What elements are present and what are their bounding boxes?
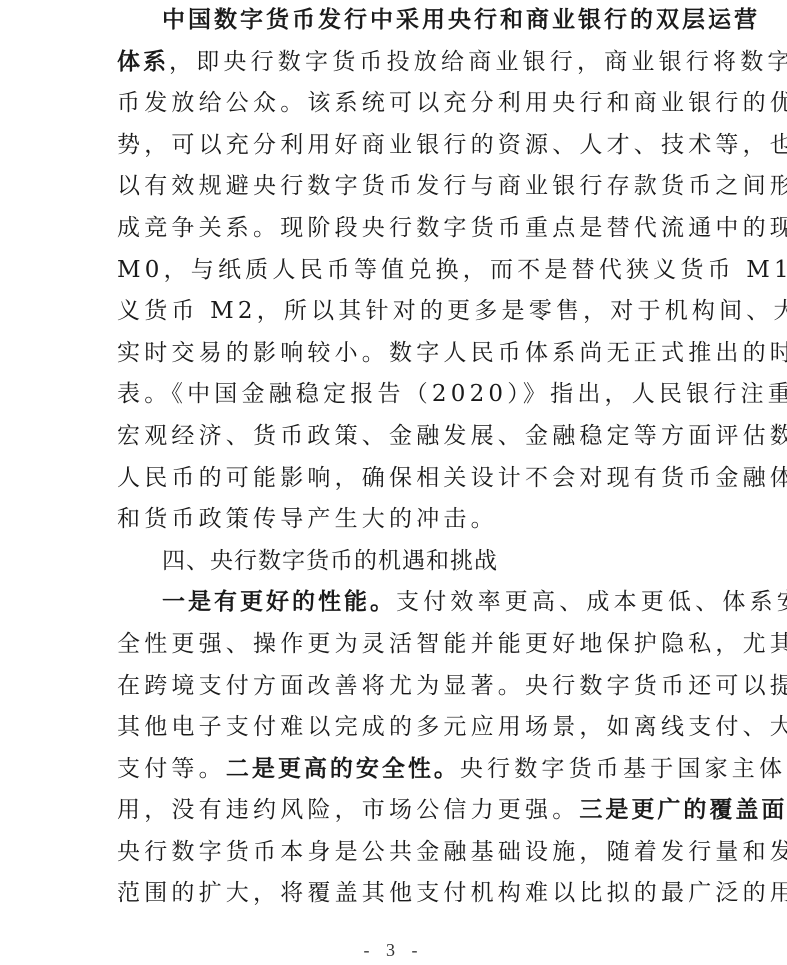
paragraph-line: 人民币的可能影响，确保相关设计不会对现有货币金融体系 bbox=[117, 458, 673, 500]
bold-lead-text: 三是更广的覆盖面。 bbox=[579, 797, 787, 823]
paragraph-line: 全性更强、操作更为灵活智能并能更好地保护隐私，尤其是 bbox=[117, 624, 673, 666]
bold-lead-text: 中国数字货币发行中采用央行和商业银行的双层运营 bbox=[162, 7, 760, 33]
document-page: 中国数字货币发行中采用央行和商业银行的双层运营 体系，即央行数字货币投放给商业银… bbox=[117, 0, 673, 915]
bold-lead-text: 一是有更好的性能。 bbox=[162, 589, 396, 615]
paragraph-line: 币发放给公众。该系统可以充分利用央行和商业银行的优 bbox=[117, 83, 673, 125]
paragraph-line: 支付等。二是更高的安全性。央行数字货币基于国家主体信 bbox=[117, 749, 673, 791]
paragraph-line: 其他电子支付难以完成的多元应用场景，如离线支付、大额 bbox=[117, 707, 673, 749]
paragraph-line: 中国数字货币发行中采用央行和商业银行的双层运营 bbox=[117, 0, 673, 42]
paragraph-line: 央行数字货币本身是公共金融基础设施，随着发行量和发行 bbox=[117, 832, 673, 874]
paragraph-line: 义货币 M2，所以其针对的更多是零售，对于机构间、大额 bbox=[117, 291, 673, 333]
paragraph-line: 体系，即央行数字货币投放给商业银行，商业银行将数字货 bbox=[117, 42, 673, 84]
body-text: ，即央行数字货币投放给商业银行，商业银行将数字货 bbox=[169, 49, 787, 75]
body-text: 用，没有违约风险，市场公信力更强。 bbox=[117, 797, 579, 823]
paragraph-line: 以有效规避央行数字货币发行与商业银行存款货币之间形 bbox=[117, 166, 673, 208]
paragraph-line: 势，可以充分利用好商业银行的资源、人才、技术等，也可 bbox=[117, 125, 673, 167]
section-heading: 四、央行数字货币的机遇和挑战 bbox=[117, 541, 673, 583]
paragraph-line: 宏观经济、货币政策、金融发展、金融稳定等方面评估数字 bbox=[117, 416, 673, 458]
bold-lead-text: 二是更高的安全性。 bbox=[226, 756, 460, 782]
body-text: 支付效率更高、成本更低、体系安 bbox=[396, 589, 787, 615]
body-text: 支付等。 bbox=[117, 756, 226, 782]
paragraph-line: 实时交易的影响较小。数字人民币体系尚无正式推出的时间 bbox=[117, 333, 673, 375]
paragraph-line: 和货币政策传导产生大的冲击。 bbox=[117, 499, 673, 541]
paragraph-line: 用，没有违约风险，市场公信力更强。三是更广的覆盖面。 bbox=[117, 790, 673, 832]
paragraph-line: 一是有更好的性能。支付效率更高、成本更低、体系安 bbox=[117, 582, 673, 624]
paragraph-line: M0，与纸质人民币等值兑换，而不是替代狭义货币 M1 和广 bbox=[117, 250, 673, 292]
page-number: - 3 - bbox=[0, 940, 787, 961]
paragraph-line: 表。《中国金融稳定报告（2020）》指出，人民银行注重从 bbox=[117, 374, 673, 416]
paragraph-line: 成竞争关系。现阶段央行数字货币重点是替代流通中的现金 bbox=[117, 208, 673, 250]
bold-lead-text: 体系 bbox=[117, 49, 169, 75]
paragraph-line: 范围的扩大，将覆盖其他支付机构难以比拟的最广泛的用户 bbox=[117, 873, 673, 915]
paragraph-line: 在跨境支付方面改善将尤为显著。央行数字货币还可以提供 bbox=[117, 666, 673, 708]
body-text: 央行数字货币基于国家主体信 bbox=[460, 756, 787, 782]
